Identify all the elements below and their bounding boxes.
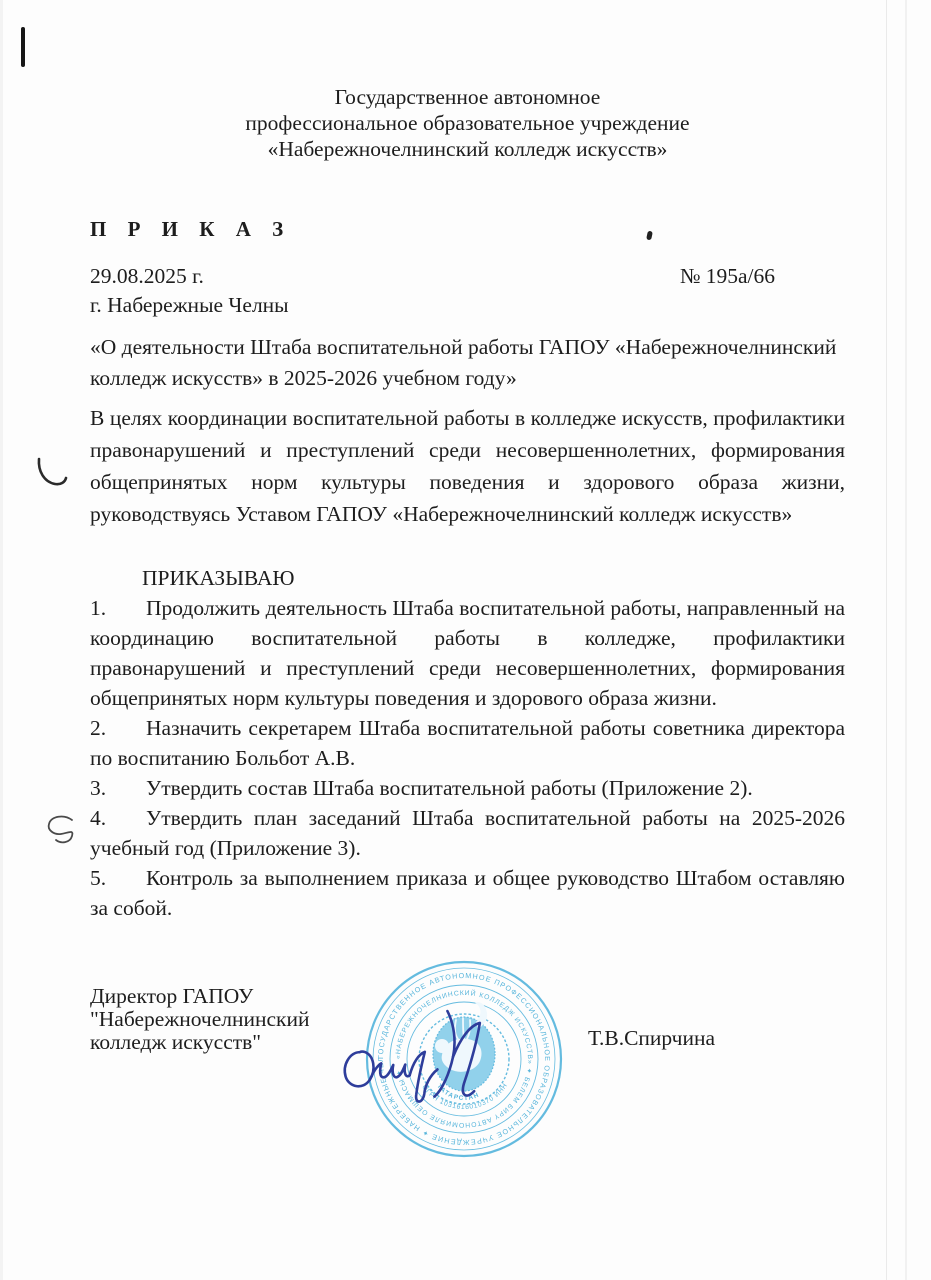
scan-artifact-bar — [21, 27, 25, 67]
item-text: Утвердить план заседаний Штаба воспитате… — [90, 806, 845, 860]
item-text: Продолжить деятельность Штаба воспитател… — [90, 596, 845, 710]
item-number: 3. — [90, 773, 146, 803]
scan-artifact-crescent — [36, 455, 70, 493]
org-header-line-3: «Набережночелнинский колледж искусств» — [90, 136, 845, 162]
order-item-5: 5.Контроль за выполнением приказа и обще… — [90, 863, 845, 923]
doc-number: № 195а/66 — [680, 262, 775, 291]
item-number: 5. — [90, 863, 146, 893]
scan-artifact-squiggle — [42, 812, 80, 852]
resolution-word: ПРИКАЗЫВАЮ — [90, 563, 845, 593]
item-number: 1. — [90, 593, 146, 623]
doc-type-title: П Р И К А З — [90, 216, 845, 242]
order-item-4: 4.Утвердить план заседаний Штаба воспита… — [90, 803, 845, 863]
org-header-line-1: Государственное автономное — [90, 84, 845, 110]
document-content: Государственное автономное профессиональ… — [0, 84, 931, 1054]
doc-date: 29.08.2025 г. — [90, 262, 204, 291]
item-number: 4. — [90, 803, 146, 833]
signatory-name: Т.В.Спирчина — [588, 1027, 715, 1050]
order-item-3: 3.Утвердить состав Штаба воспитательной … — [90, 773, 845, 803]
org-header-line-2: профессиональное образовательное учрежде… — [90, 110, 845, 136]
item-text: Контроль за выполнением приказа и общее … — [90, 866, 845, 920]
doc-meta-row: 29.08.2025 г. № 195а/66 — [90, 262, 845, 291]
item-number: 2. — [90, 713, 146, 743]
organization-header: Государственное автономное профессиональ… — [90, 84, 845, 162]
doc-city: г. Набережные Челны — [90, 291, 845, 320]
order-item-2: 2.Назначить секретарем Штаба воспитатель… — [90, 713, 845, 773]
doc-subject: «О деятельности Штаба воспитательной раб… — [90, 332, 845, 394]
handwritten-signature — [332, 1000, 510, 1114]
doc-preamble: В целях координации воспитательной работ… — [90, 402, 845, 530]
order-item-1: 1.Продолжить деятельность Штаба воспитат… — [90, 593, 845, 713]
item-text: Утвердить состав Штаба воспитательной ра… — [146, 776, 753, 800]
scanned-order-page: Государственное автономное профессиональ… — [0, 0, 931, 1280]
item-text: Назначить секретарем Штаба воспитательно… — [90, 716, 845, 770]
